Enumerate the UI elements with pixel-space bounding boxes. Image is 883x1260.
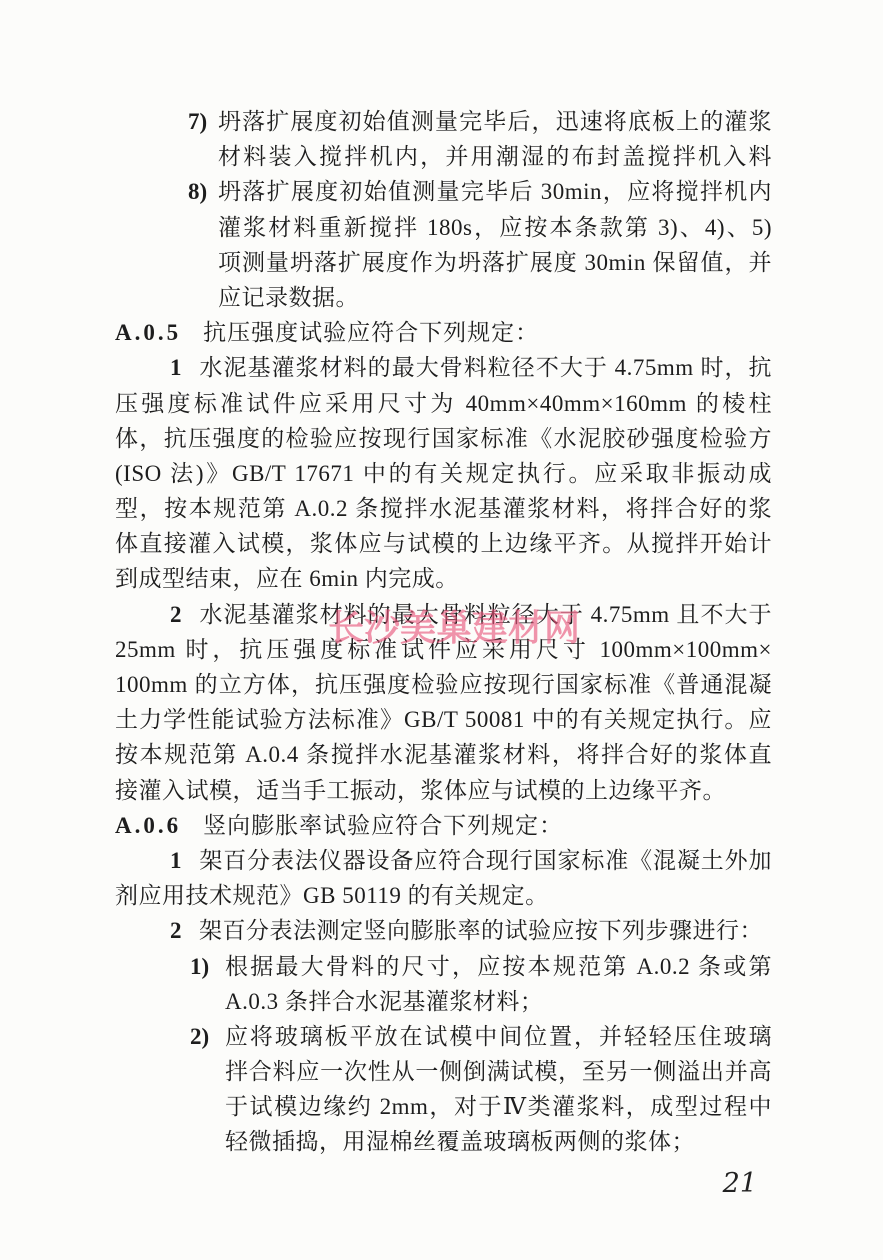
text-line: (ISO 法)》GB/T 17671 中的有关规定执行。应采取非振动成 [115, 456, 772, 491]
text-line: 型，按本规范第 A.0.2 条搅拌水泥基灌浆材料，将拌合好的浆 [115, 491, 772, 526]
clause-title: 抗压强度试验应符合下列规定： [203, 320, 539, 345]
text-line: 剂应用技术规范》GB 50119 的有关规定。 [115, 878, 772, 913]
clause-a06-paragraph-1: 1架百分表法仪器设备应符合现行国家标准《混凝土外加 剂应用技术规范》GB 501… [115, 843, 772, 913]
text-line: 应将玻璃板平放在试模中间位置，并轻轻压住玻璃板， [225, 1019, 772, 1054]
item-7-text: 坍落扩展度初始值测量完毕后，迅速将底板上的灌浆 材料装入搅拌机内，并用潮湿的布封… [115, 104, 772, 174]
text-line: 体直接灌入试模，浆体应与试模的上边缘平齐。从搅拌开始计时 [115, 526, 772, 561]
text-line: 压强度标准试件应采用尺寸为 40mm×40mm×160mm 的棱柱 [115, 386, 772, 421]
clause-title: 竖向膨胀率试验应符合下列规定： [203, 813, 563, 838]
paragraph-number: 2 [170, 602, 182, 627]
text-line: 灌浆材料重新搅拌 180s，应按本条款第 3)、4)、5) [218, 210, 772, 245]
text-line: 土力学性能试验方法标准》GB/T 50081 中的有关规定执行。应 [115, 702, 772, 737]
list-item-8: 8) 坍落扩展度初始值测量完毕后 30min，应将搅拌机内 灌浆材料重新搅拌 1… [115, 174, 772, 315]
clause-label: A.0.5 [115, 320, 181, 345]
paragraph-number: 1 [170, 848, 182, 873]
document-page: 7) 坍落扩展度初始值测量完毕后，迅速将底板上的灌浆 材料装入搅拌机内，并用潮湿… [0, 0, 883, 1260]
clause-a06: A.0.6竖向膨胀率试验应符合下列规定： 1架百分表法仪器设备应符合现行国家标准… [115, 808, 772, 1160]
page-content: 7) 坍落扩展度初始值测量完毕后，迅速将底板上的灌浆 材料装入搅拌机内，并用潮湿… [115, 104, 772, 1160]
text-line: 按本规范第 A.0.4 条搅拌水泥基灌浆材料，将拌合好的浆体直 [115, 737, 772, 772]
text-line: 拌合料应一次性从一侧倒满试模，至另一侧溢出并高 [225, 1054, 772, 1089]
clause-a06-paragraph-2: 2架百分表法测定竖向膨胀率的试验应按下列步骤进行： [115, 913, 772, 948]
step-2-marker: 2) [190, 1019, 209, 1054]
step-1-marker: 1) [190, 949, 209, 984]
paragraph-number: 2 [170, 918, 182, 943]
clause-label: A.0.6 [115, 813, 181, 838]
list-item-7: 7) 坍落扩展度初始值测量完毕后，迅速将底板上的灌浆 材料装入搅拌机内，并用潮湿… [115, 104, 772, 174]
item-7-marker: 7) [188, 104, 207, 139]
text-line: 架百分表法测定竖向膨胀率的试验应按下列步骤进行： [199, 918, 763, 943]
text-line: 水泥基灌浆材料的最大骨料粒径大于 4.75mm 且不大于 [199, 602, 772, 627]
text-line: 接灌入试模，适当手工振动，浆体应与试模的上边缘平齐。 [115, 773, 772, 808]
text-line: 坍落扩展度初始值测量完毕后，迅速将底板上的灌浆 [218, 104, 772, 139]
text-line: 于试模边缘约 2mm，对于Ⅳ类灌浆料，成型过程中可 [225, 1089, 772, 1124]
text-line: A.0.3 条拌合水泥基灌浆材料； [225, 984, 772, 1019]
text-line: 坍落扩展度初始值测量完毕后 30min，应将搅拌机内 [218, 174, 772, 209]
step-item-2: 2) 应将玻璃板平放在试模中间位置，并轻轻压住玻璃板， 拌合料应一次性从一侧倒满… [115, 1019, 772, 1160]
item-8-text: 坍落扩展度初始值测量完毕后 30min，应将搅拌机内 灌浆材料重新搅拌 180s… [115, 174, 772, 315]
paragraph-first-line: 2架百分表法测定竖向膨胀率的试验应按下列步骤进行： [115, 913, 772, 948]
item-8-marker: 8) [188, 174, 207, 209]
text-line: 项测量坍落扩展度作为坍落扩展度 30min 保留值，并 [218, 245, 772, 280]
text-line: 100mm 的立方体，抗压强度检验应按现行国家标准《普通混凝 [115, 667, 772, 702]
text-line: 材料装入搅拌机内，并用潮湿的布封盖搅拌机入料口； [218, 139, 772, 174]
text-line: 体，抗压强度的检验应按现行国家标准《水泥胶砂强度检验方法 [115, 421, 772, 456]
clause-a06-heading: A.0.6竖向膨胀率试验应符合下列规定： [115, 808, 772, 843]
text-line: 轻微插捣，用湿棉丝覆盖玻璃板两侧的浆体； [225, 1124, 772, 1159]
page-number: 21 [723, 1168, 757, 1199]
step-item-1: 1) 根据最大骨料的尺寸，应按本规范第 A.0.2 条或第 A.0.3 条拌合水… [115, 949, 772, 1019]
text-line: 25mm 时，抗压强度标准试件应采用尺寸 100mm×100mm× [115, 632, 772, 667]
clause-a05-heading: A.0.5抗压强度试验应符合下列规定： [115, 315, 772, 350]
step-1-text: 根据最大骨料的尺寸，应按本规范第 A.0.2 条或第 A.0.3 条拌合水泥基灌… [115, 949, 772, 1019]
text-line: 到成型结束，应在 6min 内完成。 [115, 561, 772, 596]
text-line: 水泥基灌浆材料的最大骨料粒径不大于 4.75mm 时，抗 [199, 355, 772, 380]
step-2-text: 应将玻璃板平放在试模中间位置，并轻轻压住玻璃板， 拌合料应一次性从一侧倒满试模，… [115, 1019, 772, 1160]
paragraph-first-line: 2水泥基灌浆材料的最大骨料粒径大于 4.75mm 且不大于 [115, 597, 772, 632]
clause-a05-paragraph-1: 1水泥基灌浆材料的最大骨料粒径不大于 4.75mm 时，抗 压强度标准试件应采用… [115, 350, 772, 596]
text-line: 架百分表法仪器设备应符合现行国家标准《混凝土外加 [199, 848, 772, 873]
clause-a05-paragraph-2: 2水泥基灌浆材料的最大骨料粒径大于 4.75mm 且不大于 25mm 时，抗压强… [115, 597, 772, 808]
paragraph-first-line: 1架百分表法仪器设备应符合现行国家标准《混凝土外加 [115, 843, 772, 878]
text-line: 应记录数据。 [218, 280, 772, 315]
text-line: 根据最大骨料的尺寸，应按本规范第 A.0.2 条或第 [225, 949, 772, 984]
paragraph-first-line: 1水泥基灌浆材料的最大骨料粒径不大于 4.75mm 时，抗 [115, 350, 772, 385]
paragraph-number: 1 [170, 355, 182, 380]
clause-a05: A.0.5抗压强度试验应符合下列规定： 1水泥基灌浆材料的最大骨料粒径不大于 4… [115, 315, 772, 808]
